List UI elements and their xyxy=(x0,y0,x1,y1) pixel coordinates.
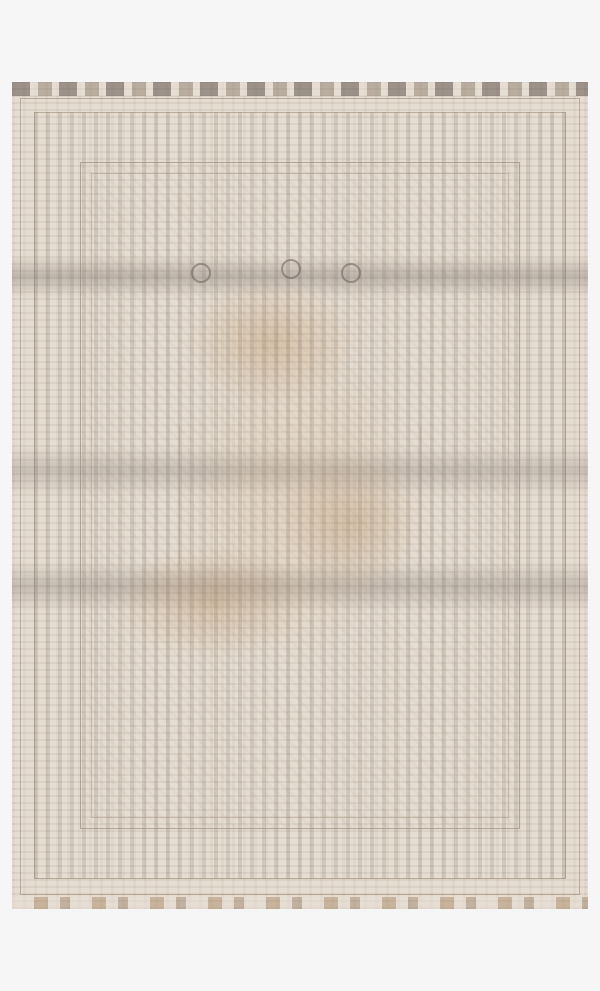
rug xyxy=(12,82,588,909)
flower-motif-icon xyxy=(341,263,361,283)
flower-motif-icon xyxy=(191,263,211,283)
rug-bottom-edge xyxy=(12,897,588,909)
flower-motif-icon xyxy=(281,259,301,279)
rug-top-edge xyxy=(12,82,588,96)
rug-field xyxy=(80,162,520,829)
